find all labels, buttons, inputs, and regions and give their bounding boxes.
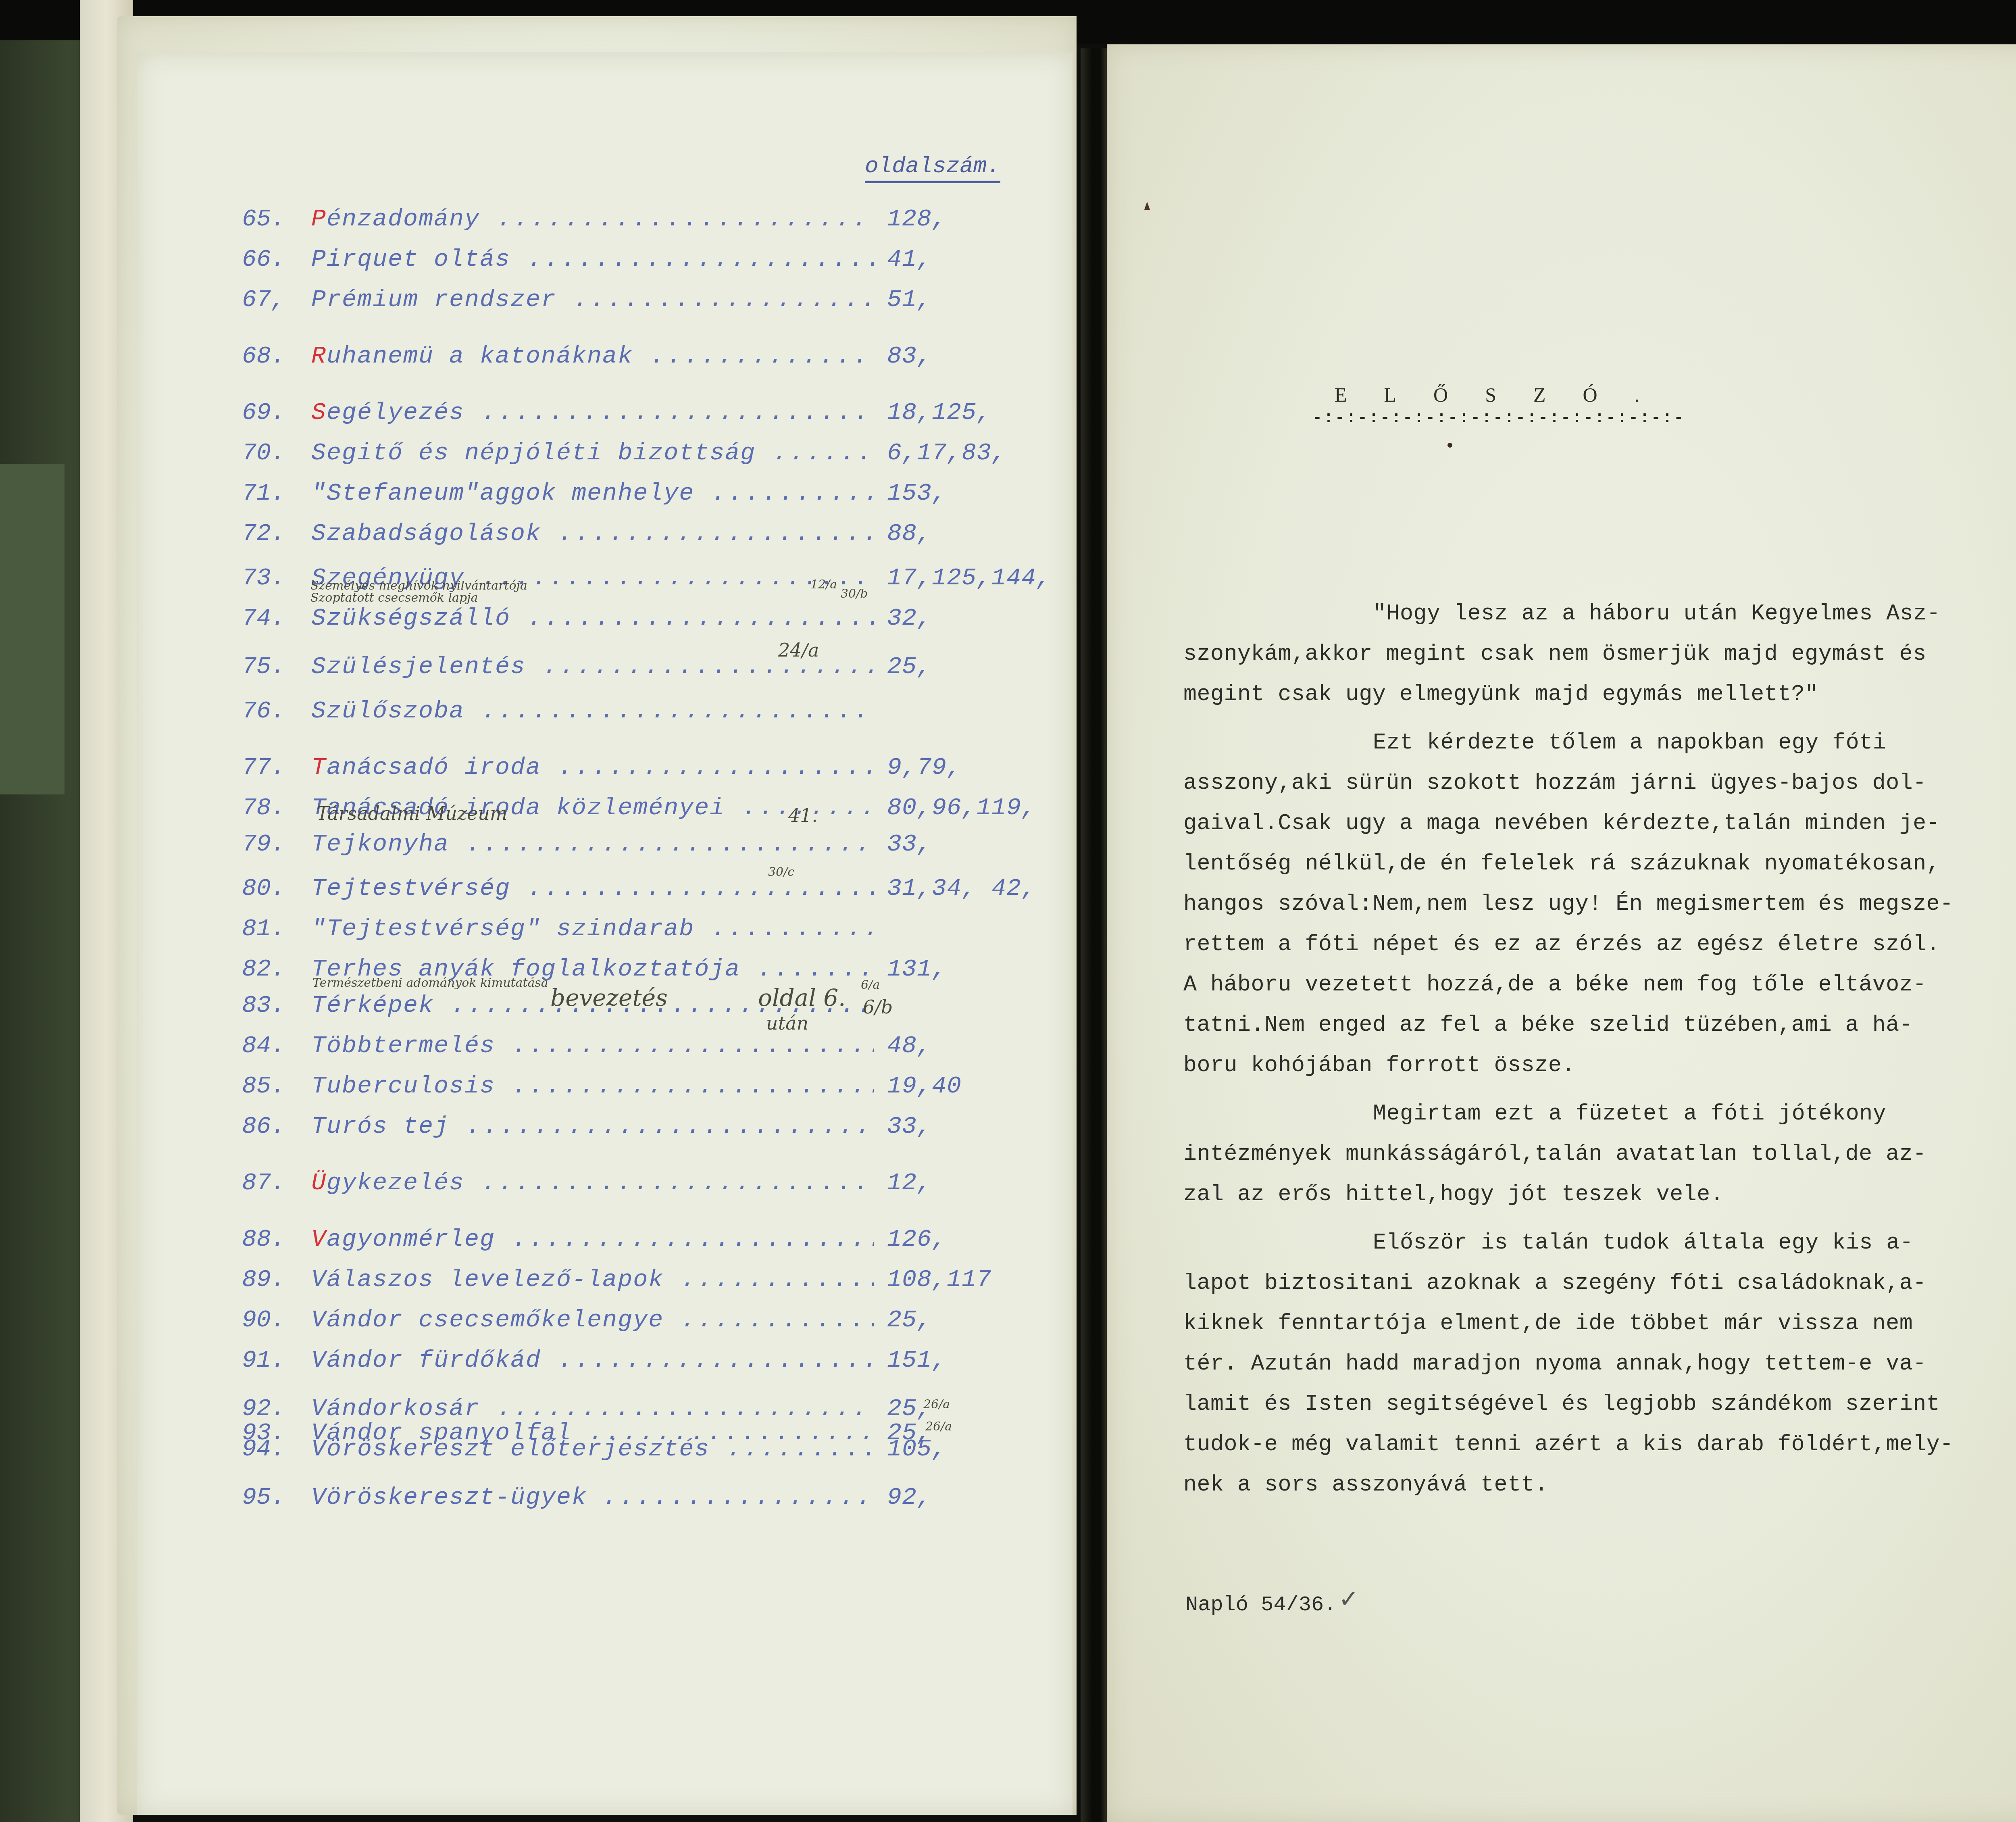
entry-label: "Tejtestvérség" szindarab (311, 915, 874, 943)
preface-line: Ezt kérdezte tőlem a napokban egy fóti (1373, 730, 1886, 755)
preface-line: A háboru vezetett hozzá,de a béke nem fo… (1183, 972, 1926, 997)
entry-initial: V (311, 1395, 327, 1423)
entry-initial: S (311, 653, 327, 681)
entry-initial: Ü (311, 1169, 327, 1197)
entry-page-numbers: 18,125, (887, 399, 991, 427)
index-entry: 75.Szülésjelentés25, (242, 653, 1089, 686)
entry-label: Ügykezelés (311, 1169, 874, 1197)
entry-number: 95. (242, 1484, 290, 1511)
handwritten-page-ref: 30/c (768, 865, 794, 879)
entry-page-numbers: 33, (887, 1113, 932, 1140)
index-entry: 94.Vöröskereszt előterjesztés105, (242, 1436, 1089, 1468)
entry-initial: V (311, 1226, 327, 1253)
entry-label: Többtermelés (311, 1032, 874, 1060)
entry-page-numbers: 126, (887, 1226, 947, 1253)
entry-label: Tejtestvérség (311, 875, 874, 903)
entry-number: 86. (242, 1113, 290, 1140)
index-entry: 79.Tejkonyha33, (242, 831, 1089, 863)
entry-label: Vándor fürdőkád (311, 1347, 874, 1374)
preface-line: megint csak ugy elmegyünk majd egymás me… (1183, 682, 1818, 707)
page-stack-left (0, 0, 133, 1822)
entry-page-numbers: 9,79, (887, 754, 962, 782)
index-entry: 86.Turós tej33, (242, 1113, 1089, 1145)
index-entry: 87.Ügykezelés12, (242, 1169, 1089, 1202)
index-entry: 65.Pénzadomány128, (242, 206, 1089, 238)
entry-label: Prémium rendszer (311, 286, 874, 314)
entry-initial: V (311, 1436, 327, 1463)
preface-line: szonykám,akkor megint csak nem ösmerjük … (1183, 641, 1926, 667)
entry-label: Vándorkosár (311, 1395, 874, 1423)
entry-initial: V (311, 1266, 327, 1294)
preface-line: intézmények munkásságáról,talán avatatla… (1183, 1141, 1926, 1167)
entry-number: 92. (242, 1395, 290, 1423)
preface-line: Megirtam ezt a füzetet a fóti jótékony (1373, 1101, 1886, 1126)
entry-label: Szabadságolások (311, 520, 874, 548)
entry-label: Válaszos levelező-lapok (311, 1266, 874, 1294)
handwritten-page-ref: 12/a (810, 577, 837, 592)
entry-number: 87. (242, 1169, 290, 1197)
entry-initial: S (311, 399, 327, 427)
entry-number: 85. (242, 1073, 290, 1100)
handwritten-note: után (766, 1012, 808, 1034)
entry-page-numbers: 41, (887, 246, 932, 273)
index-entry: 67,Prémium rendszer51, (242, 286, 1089, 319)
entry-page-numbers: 51, (887, 286, 932, 314)
entry-number: 71. (242, 480, 290, 507)
entry-label: Vöröskereszt előterjesztés (311, 1436, 874, 1463)
entry-label: Vöröskereszt-ügyek (311, 1484, 874, 1511)
index-entry: 77.Tanácsadó iroda9,79, (242, 754, 1089, 786)
entry-number: 94. (242, 1436, 290, 1463)
index-entry: 66.Pirquet oltás41, (242, 246, 1089, 278)
entry-label: Ruhanemü a katonáknak (311, 343, 874, 370)
entry-initial: V (311, 1307, 327, 1334)
preface-line: zal az erős hittel,hogy jót teszek vele. (1183, 1182, 1724, 1207)
entry-label: Vándor csecsemőkelengye (311, 1307, 874, 1334)
entry-number: 76. (242, 698, 290, 725)
entry-initial: P (311, 246, 327, 273)
preface-line: kiknek fenntartója elment,de ide többet … (1183, 1311, 1913, 1336)
entry-number: 74. (242, 605, 290, 632)
entry-page-numbers: 6,17,83, (887, 440, 1006, 467)
index-entry: 69.Segélyezés18,125, (242, 399, 1089, 432)
entry-number: 77. (242, 754, 290, 782)
entry-label: Szükségszálló (311, 605, 874, 632)
entry-page-numbers: 92, (887, 1484, 932, 1511)
entry-page-numbers: 31,34, 42, (887, 875, 1036, 903)
entry-number: 72. (242, 520, 290, 548)
handwritten-page-ref: 6/b (863, 996, 893, 1018)
preface-line: asszony,aki sürün szokott hozzám járni ü… (1183, 770, 1926, 796)
entry-number: 81. (242, 915, 290, 943)
handwritten-note: Szoptatott csecsemők lapja (310, 591, 478, 605)
entry-number: 78. (242, 794, 290, 822)
entry-label: Tejkonyha (311, 831, 874, 858)
index-entry: 91.Vándor fürdőkád151, (242, 1347, 1089, 1379)
index-entry: 71."Stefaneum"aggok menhelye153, (242, 480, 1089, 512)
index-entry: 68.Ruhanemü a katonáknak83, (242, 343, 1089, 375)
entry-number: 80. (242, 875, 290, 903)
entry-initial: T (311, 992, 327, 1019)
entry-number: 90. (242, 1307, 290, 1334)
entry-initial: V (311, 1484, 327, 1511)
entry-number: 70. (242, 440, 290, 467)
handwritten-page-ref: 30/b (841, 587, 868, 601)
entry-number: 83. (242, 992, 290, 1019)
preface-line: lamit és Isten segitségével és legjobb s… (1183, 1391, 1940, 1417)
preface-line: boru kohójában forrott össze. (1183, 1053, 1575, 1078)
entry-number: 69. (242, 399, 290, 427)
entry-page-numbers: 83, (887, 343, 932, 370)
index-entry: 74.Szükségszálló32, (242, 605, 1089, 637)
entry-number: 66. (242, 246, 290, 273)
entry-page-numbers: 105, (887, 1436, 947, 1463)
handwritten-note: oldal 6. (758, 984, 846, 1011)
entry-page-numbers: 80,96,119, (887, 794, 1036, 822)
handwritten-page-ref: 41. (788, 805, 818, 826)
entry-initial: T (311, 1032, 327, 1060)
preface-line: hangos szóval:Nem,nem lesz ugy! Én megis… (1183, 891, 1954, 917)
entry-initial: S (311, 698, 327, 725)
preface-line: tatni.Nem enged az fel a béke szelid tüz… (1183, 1012, 1913, 1038)
entry-number: 75. (242, 653, 290, 681)
entry-initial: T (311, 1113, 327, 1140)
entry-label: Segitő és népjóléti bizottság (311, 440, 874, 467)
handwritten-page-ref: 24/a (778, 639, 819, 661)
entry-initial: V (311, 1347, 327, 1374)
entry-initial: T (311, 831, 327, 858)
entry-label: Pirquet oltás (311, 246, 874, 273)
entry-number: 88. (242, 1226, 290, 1253)
entry-initial: S (311, 605, 327, 632)
index-entry: 70.Segitő és népjóléti bizottság6,17,83, (242, 440, 1089, 472)
preface-title: ELŐSZÓ. (1335, 383, 1677, 407)
entry-initial: T (311, 754, 327, 782)
entry-number: 73. (242, 565, 290, 592)
entry-label: Turós tej (311, 1113, 874, 1140)
handwritten-page-ref: 26/a (923, 1397, 950, 1411)
entry-page-numbers: 25, (887, 1307, 932, 1334)
entry-page-numbers: 17,125,144, (887, 565, 1051, 592)
preface-line: tér. Azután hadd maradjon nyoma annak,ho… (1183, 1351, 1926, 1376)
index-entry: 88.Vagyonmérleg126, (242, 1226, 1089, 1258)
entry-page-numbers: 88, (887, 520, 932, 548)
entry-label: Vagyonmérleg (311, 1226, 874, 1253)
handwritten-note: Természetbeni adományok kimutatása (312, 976, 548, 990)
handwritten-page-ref: 6/a (861, 978, 880, 992)
title-decorative-rule: -:-:-:-:-:-:-:-:-:-:-:-:-:-:-:-:- (1312, 409, 1685, 427)
entry-initial: R (311, 343, 327, 370)
preface-line: nek a sors asszonyává tett. (1183, 1472, 1548, 1497)
index-entry: 95.Vöröskereszt-ügyek 92, (242, 1484, 1089, 1516)
entry-number: 79. (242, 831, 290, 858)
entry-page-numbers: 153, (887, 480, 947, 507)
preface-line: lapot biztositani azoknak a szegény fóti… (1183, 1270, 1926, 1296)
entry-page-numbers: 32, (887, 605, 932, 632)
checkmark-icon: ✓ (1339, 1585, 1359, 1613)
entry-page-numbers: 33, (887, 831, 932, 858)
preface-line: Először is talán tudok általa egy kis a- (1373, 1230, 1913, 1255)
index-entry: 84.Többtermelés48, (242, 1032, 1089, 1065)
entry-initial: T (311, 875, 327, 903)
entry-page-numbers: 12, (887, 1169, 932, 1197)
entry-initial: T (311, 1073, 327, 1100)
entry-initial: " (311, 480, 327, 507)
entry-initial: P (311, 286, 327, 314)
entry-label: Tanácsadó iroda (311, 754, 874, 782)
index-entry: 89.Válaszos levelező-lapok108,117 (242, 1266, 1089, 1299)
entry-page-numbers: 25, (887, 653, 932, 681)
entry-initial: " (311, 915, 327, 943)
entry-number: 84. (242, 1032, 290, 1060)
handwritten-note: bevezetés (550, 984, 668, 1011)
entry-page-numbers: 48, (887, 1032, 932, 1060)
entry-number: 65. (242, 206, 290, 233)
index-entry: 72.Szabadságolások88, (242, 520, 1089, 552)
preface-line: gaival.Csak ugy a maga nevében kérdezte,… (1183, 811, 1940, 836)
entry-label: Segélyezés (311, 399, 874, 427)
preface-line: "Hogy lesz az a háboru után Kegyelmes As… (1373, 601, 1940, 626)
preface-line: tudok-e még valamit tenni azért a kis da… (1183, 1432, 1954, 1457)
ink-dot (1447, 443, 1452, 448)
handwritten-page-ref: 26/a (925, 1420, 952, 1434)
entry-page-numbers: 108,117 (887, 1266, 991, 1294)
entry-label: "Stefaneum"aggok menhelye (311, 480, 874, 507)
column-header-page-number: oldalszám. (865, 153, 1000, 183)
entry-number: 89. (242, 1266, 290, 1294)
index-entry: 90.Vándor csecsemőkelengye25, (242, 1307, 1089, 1339)
entry-number: 67, (242, 286, 290, 314)
preface-line: rettem a fóti népet és ez az érzés az eg… (1183, 932, 1940, 957)
entry-page-numbers: 131, (887, 956, 947, 983)
entry-number: 91. (242, 1347, 290, 1374)
entry-number: 82. (242, 956, 290, 983)
entry-initial: P (311, 206, 327, 233)
index-entry: 80.Tejtestvérség31,34, 42, (242, 875, 1089, 907)
index-entry: 81."Tejtestvérség" szindarab (242, 915, 1089, 948)
entry-page-numbers: 19,40 (887, 1073, 962, 1100)
index-entry: 76.Szülőszoba (242, 698, 1089, 730)
entry-initial: S (311, 440, 327, 467)
preface-line: lentőség nélkül,de én felelek rá százukn… (1183, 851, 1940, 876)
entry-label: Tuberculosis (311, 1073, 874, 1100)
entry-page-numbers: 128, (887, 206, 947, 233)
entry-label: Pénzadomány (311, 206, 874, 233)
entry-label: Szülőszoba (311, 698, 874, 725)
handwritten-note: Társadalmi Múzeum (317, 803, 508, 824)
entry-initial: S (311, 520, 327, 548)
diary-reference: Napló 54/36. (1185, 1593, 1336, 1617)
index-entry: 85.Tuberculosis19,40 (242, 1073, 1089, 1105)
entry-number: 68. (242, 343, 290, 370)
entry-page-numbers: 151, (887, 1347, 947, 1374)
